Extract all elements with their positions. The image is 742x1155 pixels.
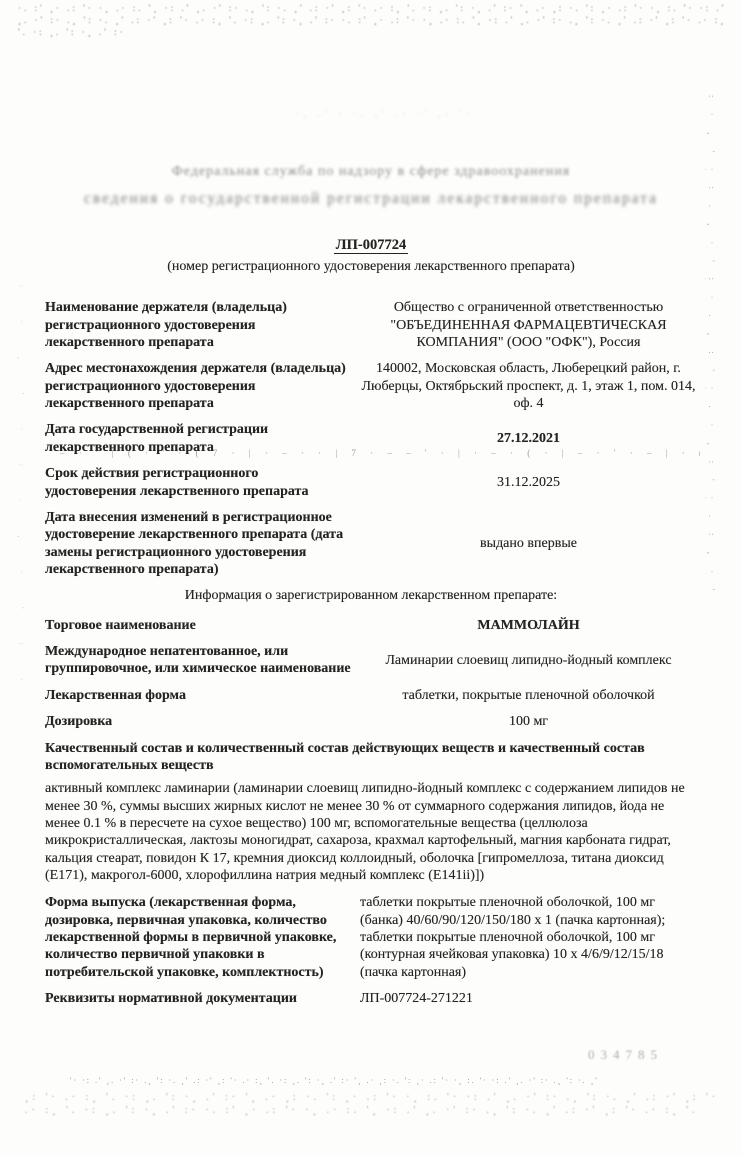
normative-docs-value: ЛП-007724-271221 bbox=[360, 990, 697, 1007]
registered-product-info-line: Информация о зарегистрированном лекарств… bbox=[45, 587, 697, 604]
scan-noise-top-band: ·. :' ¸· .: '· ·¸ .· :. '¸ ·: .' ¸. ·' :… bbox=[18, 2, 730, 44]
scanned-document-page: ·. :' ¸· .: '· ·¸ .· :. '¸ ·: .' ¸. ·' :… bbox=[0, 0, 742, 1155]
scan-noise-bottom-band: ¸: '· .· :¸ '. ·: ¸. ': ·¸ .' :· '¸ .· ¸… bbox=[25, 1091, 725, 1129]
field-row-registration-date: Дата государственной регистрации лекарст… bbox=[45, 421, 697, 456]
amendment-date-label: Дата внесения изменений в регистрационно… bbox=[45, 509, 360, 578]
field-row-amendment-date: Дата внесения изменений в регистрационно… bbox=[45, 509, 697, 578]
normative-docs-label: Реквизиты нормативной документации bbox=[45, 990, 360, 1007]
inn-name-label: Международное непатентованное, или групп… bbox=[45, 643, 360, 678]
composition-heading: Качественный состав и количественный сос… bbox=[45, 740, 697, 775]
field-row-holder-name: Наименование держателя (владельца) регис… bbox=[45, 299, 697, 351]
field-row-trade-name: Торговое наименование МАММОЛАЙН bbox=[45, 617, 697, 634]
registration-number: ЛП-007724 bbox=[45, 237, 697, 255]
registration-date-label: Дата государственной регистрации лекарст… bbox=[45, 421, 360, 456]
dosage-form-value: таблетки, покрытые пленочной оболочкой bbox=[360, 687, 697, 704]
scan-noise-bottom-line: '· ·: .' ¸. ·' :· .¸ ': ·. ¸' .: ·' ¸: '… bbox=[70, 1074, 695, 1087]
validity-period-value: 31.12.2025 bbox=[360, 474, 697, 491]
registration-number-text: ЛП-007724 bbox=[334, 237, 408, 254]
field-row-dosage: Дозировка 100 мг bbox=[45, 713, 697, 730]
field-row-dosage-form: Лекарственная форма таблетки, покрытые п… bbox=[45, 687, 697, 704]
dosage-value: 100 мг bbox=[360, 713, 697, 730]
holder-address-label: Адрес местонахождения держателя (владель… bbox=[45, 360, 360, 412]
holder-name-value: Общество с ограниченной ответственностью… bbox=[360, 299, 697, 351]
field-row-validity-period: Срок действия регистрационного удостовер… bbox=[45, 465, 697, 500]
dosage-label: Дозировка bbox=[45, 713, 360, 730]
field-row-normative-docs: Реквизиты нормативной документации ЛП-00… bbox=[45, 990, 697, 1007]
scan-ghost-text: ·¸ .' : ·. ¸' .: ·' ¸: '· bbox=[290, 108, 480, 144]
release-form-label: Форма выпуска (лекарственная форма, дози… bbox=[45, 894, 360, 981]
registration-number-caption: (номер регистрационного удостоверения ле… bbox=[45, 258, 697, 275]
scan-noise-right-edge: : · ¸ ' · : . ¸ · ' : · . ¸ : ' · . · ¸ … bbox=[705, 95, 716, 600]
document-content: ЛП-007724 (номер регистрационного удосто… bbox=[45, 237, 697, 1017]
composition-text: активный комплекс ламинарии (ламинарии с… bbox=[45, 780, 697, 884]
field-row-inn-name: Международное непатентованное, или групп… bbox=[45, 643, 697, 678]
registration-date-value: 27.12.2021 bbox=[360, 430, 697, 447]
holder-address-value: 140002, Московская область, Люберецкий р… bbox=[360, 360, 697, 412]
field-row-holder-address: Адрес местонахождения держателя (владель… bbox=[45, 360, 697, 412]
faded-header-line-1: Федеральная служба по надзору в сфере зд… bbox=[0, 164, 742, 186]
field-row-release-form: Форма выпуска (лекарственная форма, дози… bbox=[45, 894, 697, 981]
amendment-date-value: выдано впервые bbox=[360, 535, 697, 552]
inn-name-value: Ламинарии слоевищ липидно-йодный комплек… bbox=[360, 652, 697, 669]
dosage-form-label: Лекарственная форма bbox=[45, 687, 360, 704]
scan-noise-left-edge: : · ¸ ' · : . ¸ · ' : · . ¸ : ' · . · ¸ … bbox=[16, 285, 25, 705]
release-form-value: таблетки покрытые пленочной оболочкой, 1… bbox=[360, 894, 697, 981]
validity-period-label: Срок действия регистрационного удостовер… bbox=[45, 465, 360, 500]
holder-name-label: Наименование держателя (владельца) регис… bbox=[45, 299, 360, 351]
trade-name-label: Торговое наименование bbox=[45, 617, 360, 634]
faint-stamp-number: 034785 bbox=[588, 1047, 708, 1065]
trade-name-value: МАММОЛАЙН bbox=[360, 617, 697, 634]
faded-header-line-2: сведения о государственной регистрации л… bbox=[20, 190, 722, 216]
